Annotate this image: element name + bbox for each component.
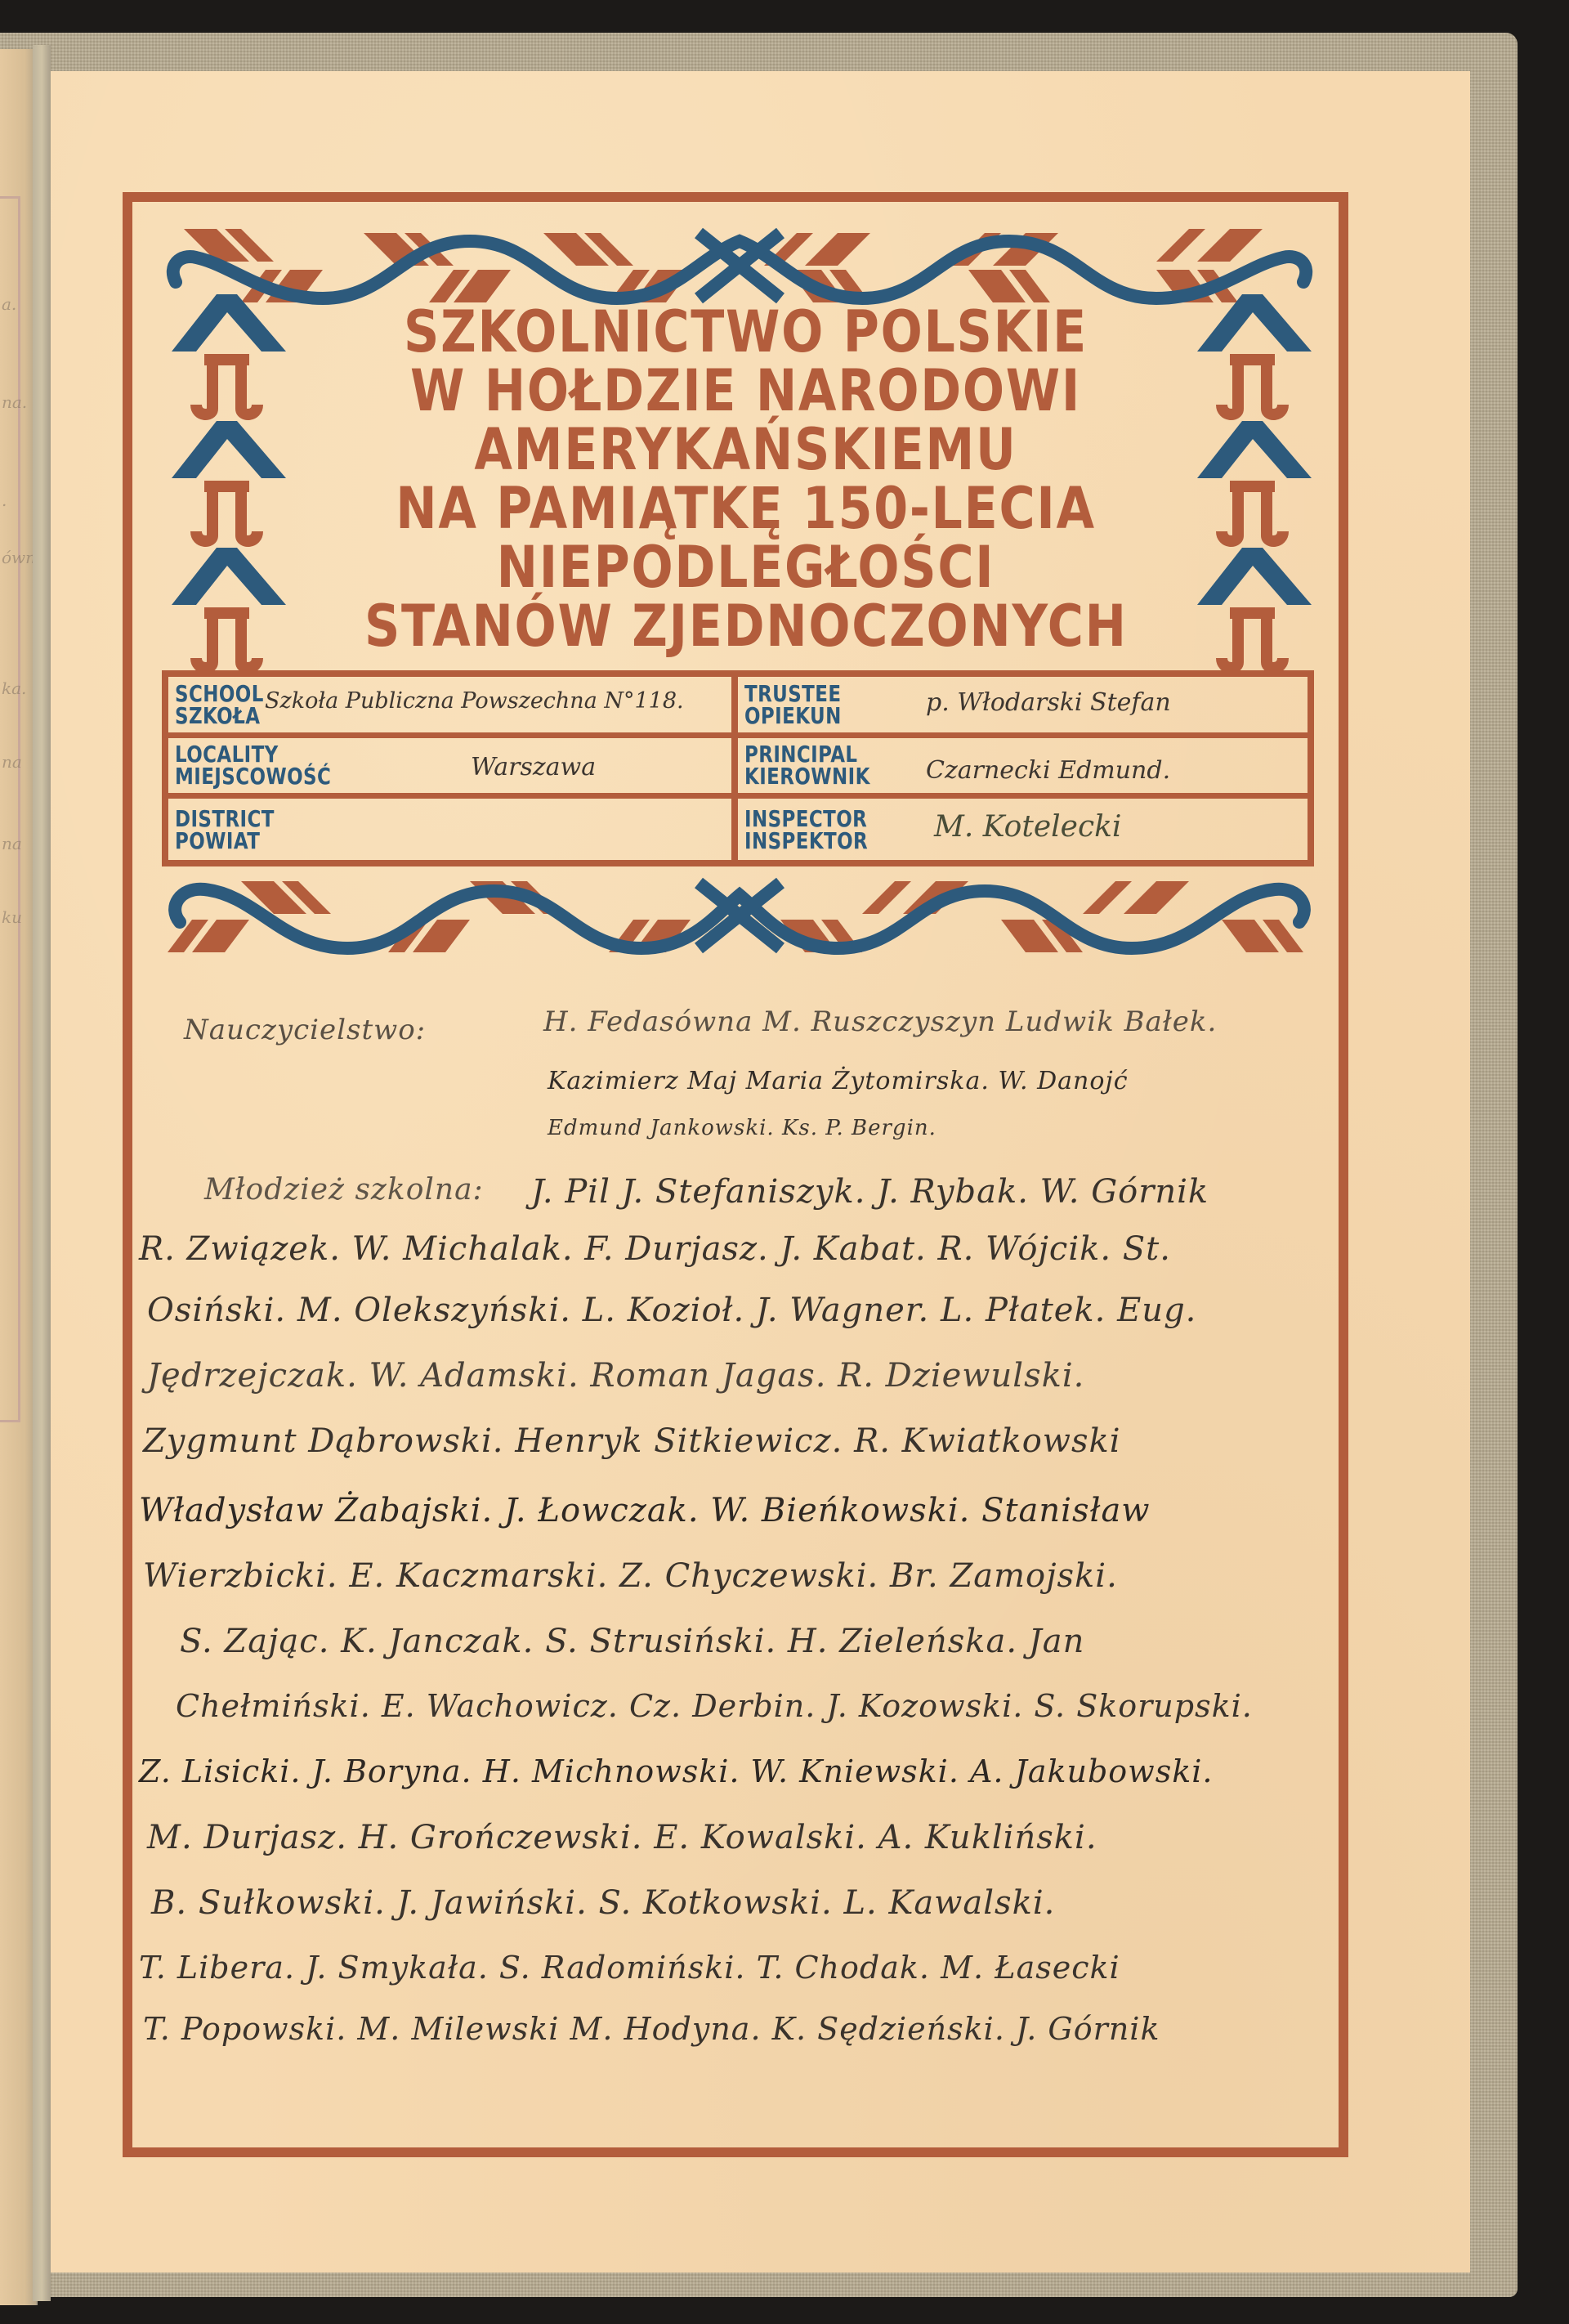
students-signatures-line: Zygmunt Dąbrowski. Henryk Sitkiewicz. R.… [143,1422,1121,1460]
students-signatures-line: S. Zając. K. Janczak. S. Strusiński. H. … [180,1623,1084,1660]
inspector-signature: M. Kotelecki [934,810,1121,844]
book-gutter [33,45,51,2301]
top-wave-ornament [159,225,1320,307]
students-signatures-line: Osiński. M. Olekszyński. L. Kozioł. J. W… [147,1292,1196,1329]
trustee-field: TRUSTEEOPIEKUN p. Włodarski Stefan [738,677,1307,738]
inspector-label: INSPECTORINSPEKTOR [744,808,868,852]
right-side-ornament [1189,294,1320,674]
previous-page-text: a. [2,294,16,314]
students-heading: Młodzież szkolna: [204,1173,484,1207]
previous-page-frame [0,196,20,1422]
teachers-signatures-line-3: Edmund Jankowski. Ks. P. Bergin. [548,1116,936,1140]
title-line: NA PAMIĄTKĘ 150-LECIA [364,479,1127,538]
title-line: W HOŁDZIE NARODOWI [364,361,1127,420]
school-field: SCHOOLSZKOŁA Szkoła Publiczna Powszechna… [168,677,738,738]
school-info-table: SCHOOLSZKOŁA Szkoła Publiczna Powszechna… [162,670,1314,866]
district-label: DISTRICTPOWIAT [175,808,275,852]
locality-label: LOCALITYMIEJSCOWOŚĆ [175,743,331,787]
students-signatures-line: Władysław Żabajski. J. Łowczak. W. Bieńk… [139,1492,1151,1529]
title-line: SZKOLNICTWO POLSKIE [364,302,1127,361]
students-signatures-line: Jędrzejczak. W. Adamski. Roman Jagas. R.… [147,1357,1084,1395]
document-title: SZKOLNICTWO POLSKIE W HOŁDZIE NARODOWI A… [364,302,1127,656]
students-signatures-line: T. Popowski. M. Milewski M. Hodyna. K. S… [143,2011,1160,2047]
district-field: DISTRICTPOWIAT [168,799,738,860]
trustee-value: p. Włodarski Stefan [926,688,1171,717]
bottom-wave-ornament [159,875,1320,956]
principal-label: PRINCIPALKIEROWNIK [744,743,870,787]
students-signatures-line: J. Pil J. Stefaniszyk. J. Rybak. W. Górn… [531,1173,1209,1211]
students-signatures-line: T. Libera. J. Smykała. S. Radomiński. T.… [139,1950,1120,1986]
inspector-field: INSPECTORINSPEKTOR M. Kotelecki [738,799,1307,860]
school-label: SCHOOLSZKOŁA [175,683,264,727]
title-line: STANÓW ZJEDNOCZONYCH [364,597,1127,656]
previous-page-text: na [2,752,22,772]
title-line: AMERYKAŃSKIEMU [364,420,1127,479]
students-signatures-line: Chełmiński. E. Wachowicz. Cz. Derbin. J.… [176,1688,1253,1724]
previous-page-text: ku [2,907,22,927]
students-signatures-line: B. Sułkowski. J. Jawiński. S. Kotkowski.… [151,1884,1055,1922]
previous-page-text: . [2,490,7,510]
teachers-signatures-line-2: Kazimierz Maj Maria Żytomirska. W. Danoj… [548,1067,1129,1095]
students-signatures-line: Wierzbicki. E. Kaczmarski. Z. Chyczewski… [143,1557,1118,1595]
previous-page-text: na. [2,392,27,412]
title-line: NIEPODLEGŁOŚCI [364,538,1127,597]
previous-page-text: na [2,834,22,853]
principal-field: PRINCIPALKIEROWNIK Czarnecki Edmund. [738,738,1307,799]
locality-field: LOCALITYMIEJSCOWOŚĆ Warszawa [168,738,738,799]
principal-value: Czarnecki Edmund. [926,756,1170,785]
school-value: Szkoła Publiczna Powszechna N°118. [265,688,684,714]
left-side-ornament [163,294,294,674]
teachers-signatures-line-1: H. Fedasówna M. Ruszczyszyn Ludwik Bałek… [543,1005,1217,1038]
students-signatures-line: R. Związek. W. Michalak. F. Durjasz. J. … [139,1230,1171,1268]
locality-value: Warszawa [471,753,596,781]
trustee-label: TRUSTEEOPIEKUN [744,683,842,727]
students-signatures-line: Z. Lisicki. J. Boryna. H. Michnowski. W.… [139,1753,1213,1789]
students-signatures-line: M. Durjasz. H. Grończewski. E. Kowalski.… [147,1819,1097,1856]
previous-page-text: ka. [2,678,26,698]
teachers-heading: Nauczycielstwo: [184,1014,426,1046]
